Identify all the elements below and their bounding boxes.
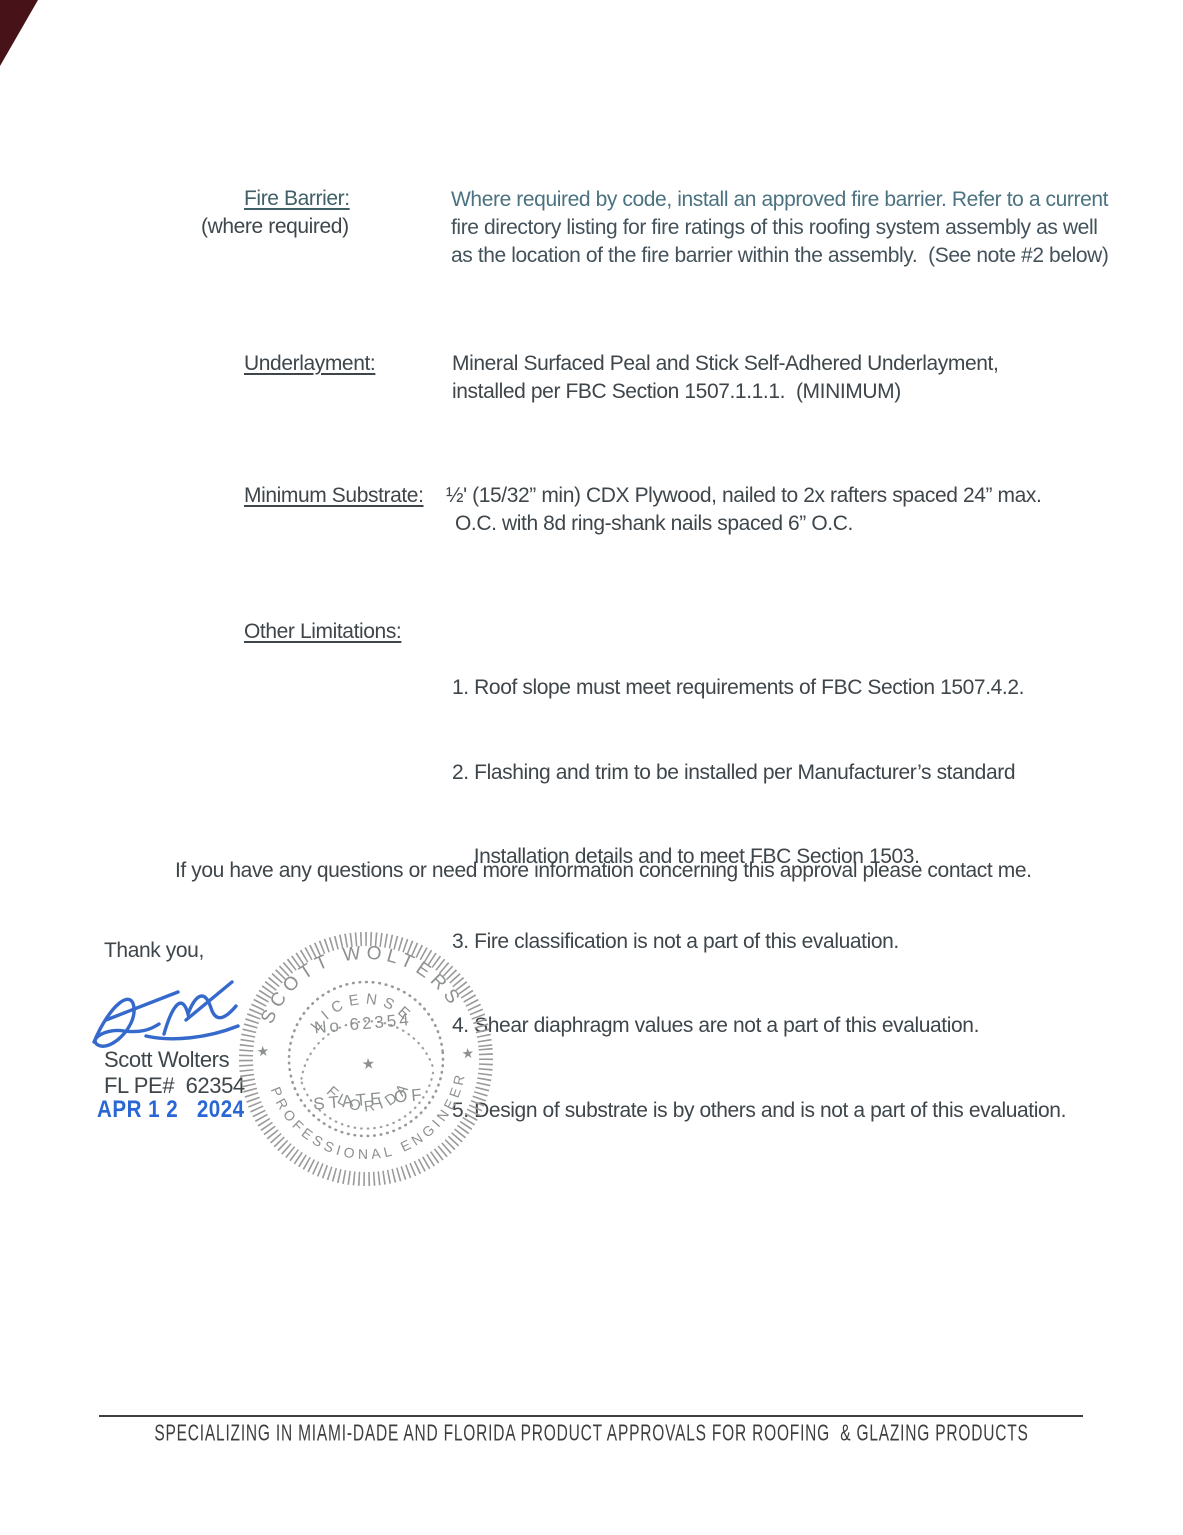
- signer-name: Scott Wolters: [104, 1046, 229, 1074]
- other-limitations-label: Other Limitations:: [244, 618, 401, 646]
- underlayment-label: Underlayment:: [244, 350, 375, 378]
- seal-left-star-icon: ★: [256, 1042, 270, 1059]
- fire-barrier-label: Fire Barrier:: [244, 185, 350, 213]
- limitations-item: 2. Flashing and trim to be installed per…: [452, 759, 1066, 788]
- limitations-item: 3. Fire classification is not a part of …: [452, 928, 1066, 957]
- seal-center-star-icon: ★: [361, 1055, 376, 1073]
- underlayment-text-line-2: installed per FBC Section 1507.1.1.1. (M…: [452, 378, 901, 406]
- fire-barrier-text-line-2: fire directory listing for fire ratings …: [451, 214, 1097, 242]
- contact-note: If you have any questions or need more i…: [175, 857, 1032, 885]
- svg-text:PROFESSIONAL ENGINEER: PROFESSIONAL ENGINEER: [267, 1068, 475, 1170]
- thank-you-text: Thank you,: [104, 937, 204, 965]
- limitations-item: 5. Design of substrate is by others and …: [452, 1097, 1066, 1126]
- scan-corner-artifact: [0, 0, 38, 66]
- limitations-item: 4. Shear diaphragm values are not a part…: [452, 1012, 1066, 1041]
- engineer-seal: SCOTT WOLTERS PROFESSIONAL ENGINEER LICE…: [231, 924, 501, 1194]
- seal-title-arc: PROFESSIONAL ENGINEER: [267, 1068, 475, 1170]
- other-limitations-list: 1. Roof slope must meet requirements of …: [452, 618, 1066, 1181]
- seal-right-star-icon: ★: [461, 1045, 475, 1062]
- minimum-substrate-text-line-1: ½' (15/32” min) CDX Plywood, nailed to 2…: [446, 482, 1041, 510]
- underlayment-text-line-1: Mineral Surfaced Peal and Stick Self-Adh…: [452, 350, 998, 378]
- footer-tagline: SPECIALIZING IN MIAMI-DADE AND FLORIDA P…: [0, 1421, 1183, 1448]
- minimum-substrate-text-line-2: O.C. with 8d ring-shank nails spaced 6” …: [455, 510, 853, 538]
- date-stamp: APR 1 2 2024: [97, 1094, 245, 1126]
- document-page: Fire Barrier: (where required) Where req…: [0, 0, 1183, 1535]
- fire-barrier-sublabel: (where required): [201, 213, 349, 241]
- fire-barrier-text-line-1: Where required by code, install an appro…: [451, 186, 1108, 214]
- minimum-substrate-label: Minimum Substrate:: [244, 482, 424, 510]
- limitations-item: 1. Roof slope must meet requirements of …: [452, 674, 1066, 703]
- footer-divider: [99, 1415, 1083, 1417]
- fire-barrier-text-line-3: as the location of the fire barrier with…: [451, 242, 1109, 270]
